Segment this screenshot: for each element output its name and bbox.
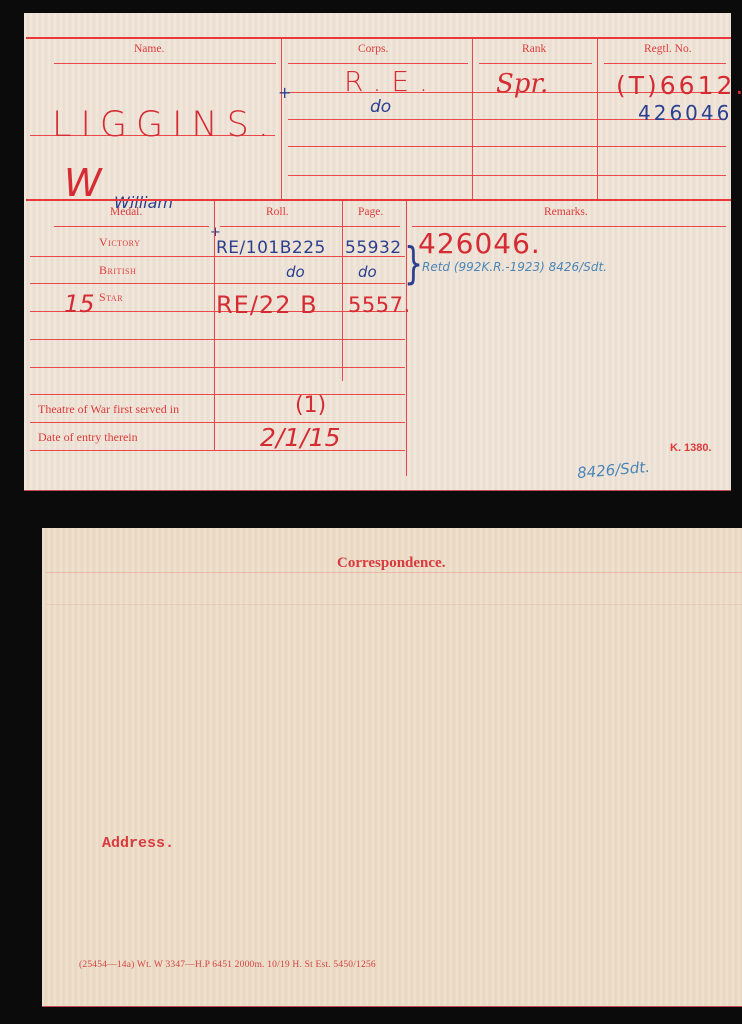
date-value: 2/1/15 [260, 423, 340, 452]
roll-value-british: do [286, 263, 305, 281]
page-value-british: do [358, 263, 377, 281]
rule [54, 226, 209, 227]
bottom-annotation: 8426/Sdt. [576, 458, 650, 482]
page-value-star: 5557. [348, 293, 411, 317]
medal-index-card-back: Correspondence. Address. (25454—14a) Wt.… [42, 528, 742, 1007]
theatre-value: (1) [295, 393, 326, 418]
name-header: Name. [134, 43, 164, 55]
date-label: Date of entry therein [38, 430, 138, 445]
rule [30, 339, 405, 340]
remarks-number: 426046. [418, 227, 541, 260]
corps-header: Corps. [358, 43, 388, 55]
rule [30, 422, 405, 423]
form-number: K. 1380. [670, 442, 712, 454]
rule-top [26, 37, 731, 39]
roll-value-victory: RE/101B225 [216, 238, 326, 258]
regtl-no-header: Regtl. No. [644, 43, 692, 55]
remarks-header: Remarks. [544, 206, 588, 218]
medal-label-victory: Victory [99, 235, 140, 250]
corps-value: R.E. [344, 65, 438, 98]
medal-label-star: Star [99, 290, 123, 305]
rule [30, 283, 405, 284]
faint-rule [46, 604, 742, 605]
rule [30, 394, 405, 395]
medal-header: Medal. [110, 206, 142, 218]
rule [220, 226, 400, 227]
page-header: Page. [358, 206, 383, 218]
rule [288, 146, 726, 147]
rule [288, 63, 468, 64]
print-footer: (25454—14a) Wt. W 3347—H.P 6451 2000m. 1… [79, 960, 376, 970]
rule-medal-section [26, 199, 731, 201]
medal-label-british: British [99, 263, 136, 278]
rule-name-corps [281, 39, 282, 199]
rule [30, 367, 405, 368]
regtl-no-value-2: 426046 [638, 101, 732, 125]
rank-header: Rank [522, 43, 546, 55]
roll-header: Roll. [266, 206, 289, 218]
address-label: Address. [102, 835, 174, 852]
page-value-victory: 55932 [345, 238, 402, 258]
rank-value: Spr. [496, 69, 548, 99]
rule [479, 63, 592, 64]
medal-index-card-front: Name. Corps. Rank Regtl. No. LIGGINS. W … [24, 13, 731, 491]
rule-roll-page [342, 201, 343, 381]
remarks-note: Retd (992K.R.-1923) 8426/Sdt. [422, 260, 607, 274]
rule [288, 175, 726, 176]
rule [604, 63, 726, 64]
corps-value-ditto: do [370, 97, 391, 117]
cross-mark: + [278, 83, 291, 102]
rule-medal-roll [214, 201, 215, 451]
surname: LIGGINS. [52, 105, 278, 145]
theatre-label: Theatre of War first served in [38, 402, 179, 417]
medal-prefix-15: 15 [64, 290, 95, 318]
regtl-no-value: (T)6612. [616, 71, 742, 100]
correspondence-title: Correspondence. [337, 555, 445, 572]
faint-rule [46, 572, 742, 573]
rule [30, 450, 405, 451]
roll-value-star: RE/22 B [216, 291, 318, 319]
rule [54, 63, 276, 64]
